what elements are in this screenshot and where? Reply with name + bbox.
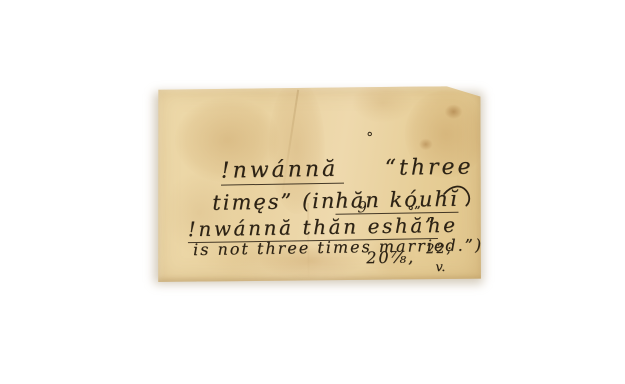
initial-mark-text: v. bbox=[435, 260, 445, 275]
ring-and-quote-mark: °” bbox=[407, 204, 420, 219]
reference-number-main: 20⅞, bbox=[366, 247, 415, 267]
reference-number-raised: 22; bbox=[426, 242, 453, 257]
gloss-times-paren: timęs” (in bbox=[212, 189, 337, 215]
gloss-he: he bbox=[427, 213, 457, 237]
index-card: ° !nwánnă “three timęs” (in hăn kóuhĭ 9 … bbox=[156, 86, 481, 282]
gloss-three: “three bbox=[385, 154, 474, 180]
photograph-background: ° !nwánnă “three timęs” (in hăn kóuhĭ 9 … bbox=[0, 0, 625, 384]
handwritten-line-2: timęs” (in hăn kóuhĭ bbox=[157, 186, 481, 191]
initial-mark: v. bbox=[158, 259, 482, 264]
headword-nwanna: !nwánnă bbox=[221, 157, 345, 186]
handwritten-line-3: !nwánnă thăn eshă” °” he bbox=[158, 212, 482, 217]
handwriting: ° !nwánnă “three timęs” (in hăn kóuhĭ 9 … bbox=[155, 84, 482, 283]
handwritten-line-1: !nwánnă “three bbox=[157, 154, 481, 159]
diacritic-ring-mark: ° bbox=[366, 130, 373, 146]
phrase-han-kouhi: hăn kóuhĭ bbox=[335, 187, 459, 215]
flourish-stroke bbox=[443, 182, 473, 208]
